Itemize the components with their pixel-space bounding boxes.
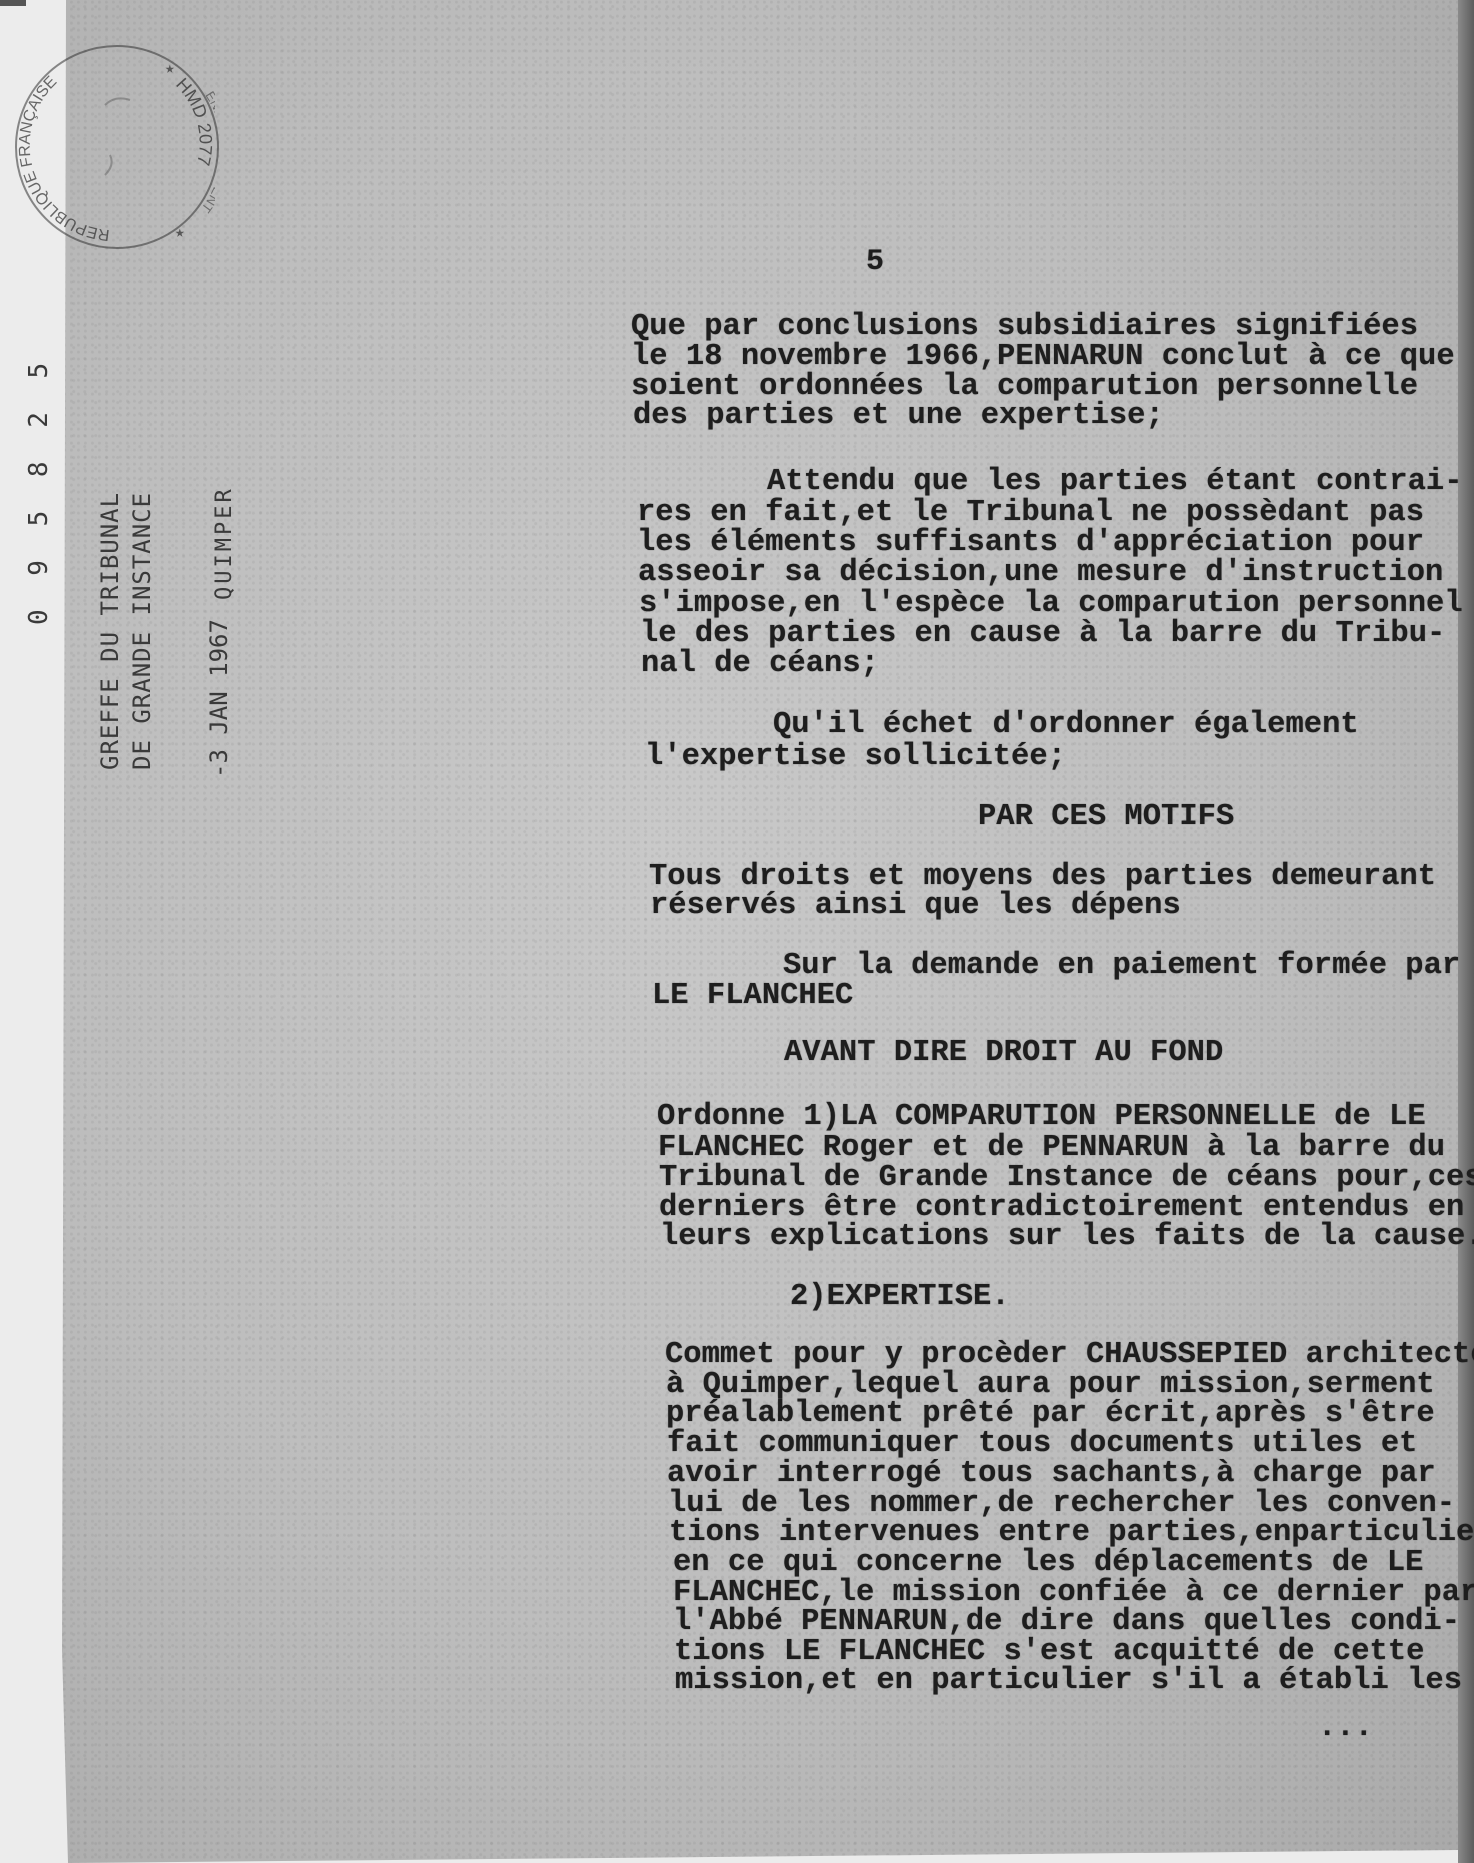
text-line: mission,et en particulier s'il a établi … xyxy=(675,1666,1462,1696)
text-line: AVANT DIRE DROIT AU FOND xyxy=(784,1038,1223,1068)
text-line: PAR CES MOTIFS xyxy=(978,802,1234,832)
page-corner-shadow xyxy=(0,0,26,6)
text-line: Sur la demande en paiement formée par xyxy=(783,951,1460,981)
text-line: le des parties en cause à la barre du Tr… xyxy=(640,619,1445,649)
registry-date: -3 JAN 1967 xyxy=(205,619,233,778)
text-line: les éléments suffisants d'appréciation p… xyxy=(637,528,1424,558)
registry-court-line2: DE GRANDE INSTANCE xyxy=(128,492,156,770)
page-number: 5 xyxy=(866,247,884,277)
text-line: Tous droits et moyens des parties demeur… xyxy=(649,862,1436,892)
official-stamp: REPUBLIQUE FRANÇAISE HMD 2077 ENREGISTRE… xyxy=(15,45,219,249)
text-line: Que par conclusions subsidiaires signifi… xyxy=(631,312,1418,342)
text-line: en ce qui concerne les déplacements de L… xyxy=(673,1548,1423,1578)
text-line: des parties et une expertise; xyxy=(633,401,1164,431)
text-line: tions intervenues entre parties,enpartic… xyxy=(669,1518,1474,1548)
text-line: tions LE FLANCHEC s'est acquitté de cett… xyxy=(674,1637,1424,1667)
text-line: à Quimper,lequel aura pour mission,serme… xyxy=(666,1370,1435,1400)
text-line: le 18 novembre 1966,PENNARUN conclut à c… xyxy=(631,342,1455,372)
text-line: nal de céans; xyxy=(641,649,879,679)
svg-text:HMD 2077: HMD 2077 xyxy=(172,74,215,167)
registry-city: QUIMPER xyxy=(212,486,237,600)
text-line: lui de les nommer,de rechercher les conv… xyxy=(668,1489,1455,1519)
text-line: réservés ainsi que les dépens xyxy=(650,891,1181,921)
text-line: avoir interrogé tous sachants,à charge p… xyxy=(667,1459,1436,1489)
svg-text:REPUBLIQUE FRANÇAISE: REPUBLIQUE FRANÇAISE xyxy=(17,73,111,243)
svg-text:★: ★ xyxy=(175,224,185,242)
text-line: Ordonne 1)LA COMPARUTION PERSONNELLE de … xyxy=(657,1102,1426,1132)
text-line: 2)EXPERTISE. xyxy=(790,1282,1010,1312)
text-line: leurs explications sur les faits de la c… xyxy=(660,1222,1474,1252)
text-line: FLANCHEC,le mission confiée à ce dernier… xyxy=(673,1578,1474,1608)
text-line: LE FLANCHEC xyxy=(652,981,853,1011)
text-line: Qu'il échet d'ordonner également xyxy=(773,710,1359,740)
stamp-right-text: HMD 2077 xyxy=(172,74,215,167)
text-line: Attendu que les parties étant contrai- xyxy=(767,467,1463,497)
text-line: asseoir sa décision,une mesure d'instruc… xyxy=(638,558,1443,588)
stamp-left-text: REPUBLIQUE FRANÇAISE xyxy=(17,73,111,243)
text-line: res en fait,et le Tribunal ne possèdant … xyxy=(637,498,1424,528)
text-line: soient ordonnées la comparution personne… xyxy=(631,372,1418,402)
svg-text:★: ★ xyxy=(165,60,175,78)
text-line: FLANCHEC Roger et de PENNARUN à la barre… xyxy=(658,1133,1445,1163)
text-line: ... xyxy=(1318,1713,1373,1743)
text-line: Commet pour y procèder CHAUSSEPIED archi… xyxy=(665,1340,1474,1370)
text-line: derniers être contradictoirement entendu… xyxy=(659,1193,1464,1223)
text-line: Tribunal de Grande Instance de céans pou… xyxy=(659,1163,1474,1193)
text-line: l'expertise sollicitée; xyxy=(645,742,1066,772)
text-line: l'Abbé PENNARUN,de dire dans quelles con… xyxy=(673,1607,1460,1637)
stamp-emblem-icon: REPUBLIQUE FRANÇAISE HMD 2077 ENREGISTRE… xyxy=(15,45,215,245)
registry-number: 0 9 5 8 2 5 xyxy=(24,354,54,625)
registry-court-line1: GREFFE DU TRIBUNAL xyxy=(96,492,124,770)
text-line: fait communiquer tous documents utiles e… xyxy=(667,1429,1417,1459)
text-line: préalablement prêté par écrit,après s'êt… xyxy=(666,1399,1435,1429)
text-line: s'impose,en l'espèce la comparution pers… xyxy=(639,589,1463,619)
